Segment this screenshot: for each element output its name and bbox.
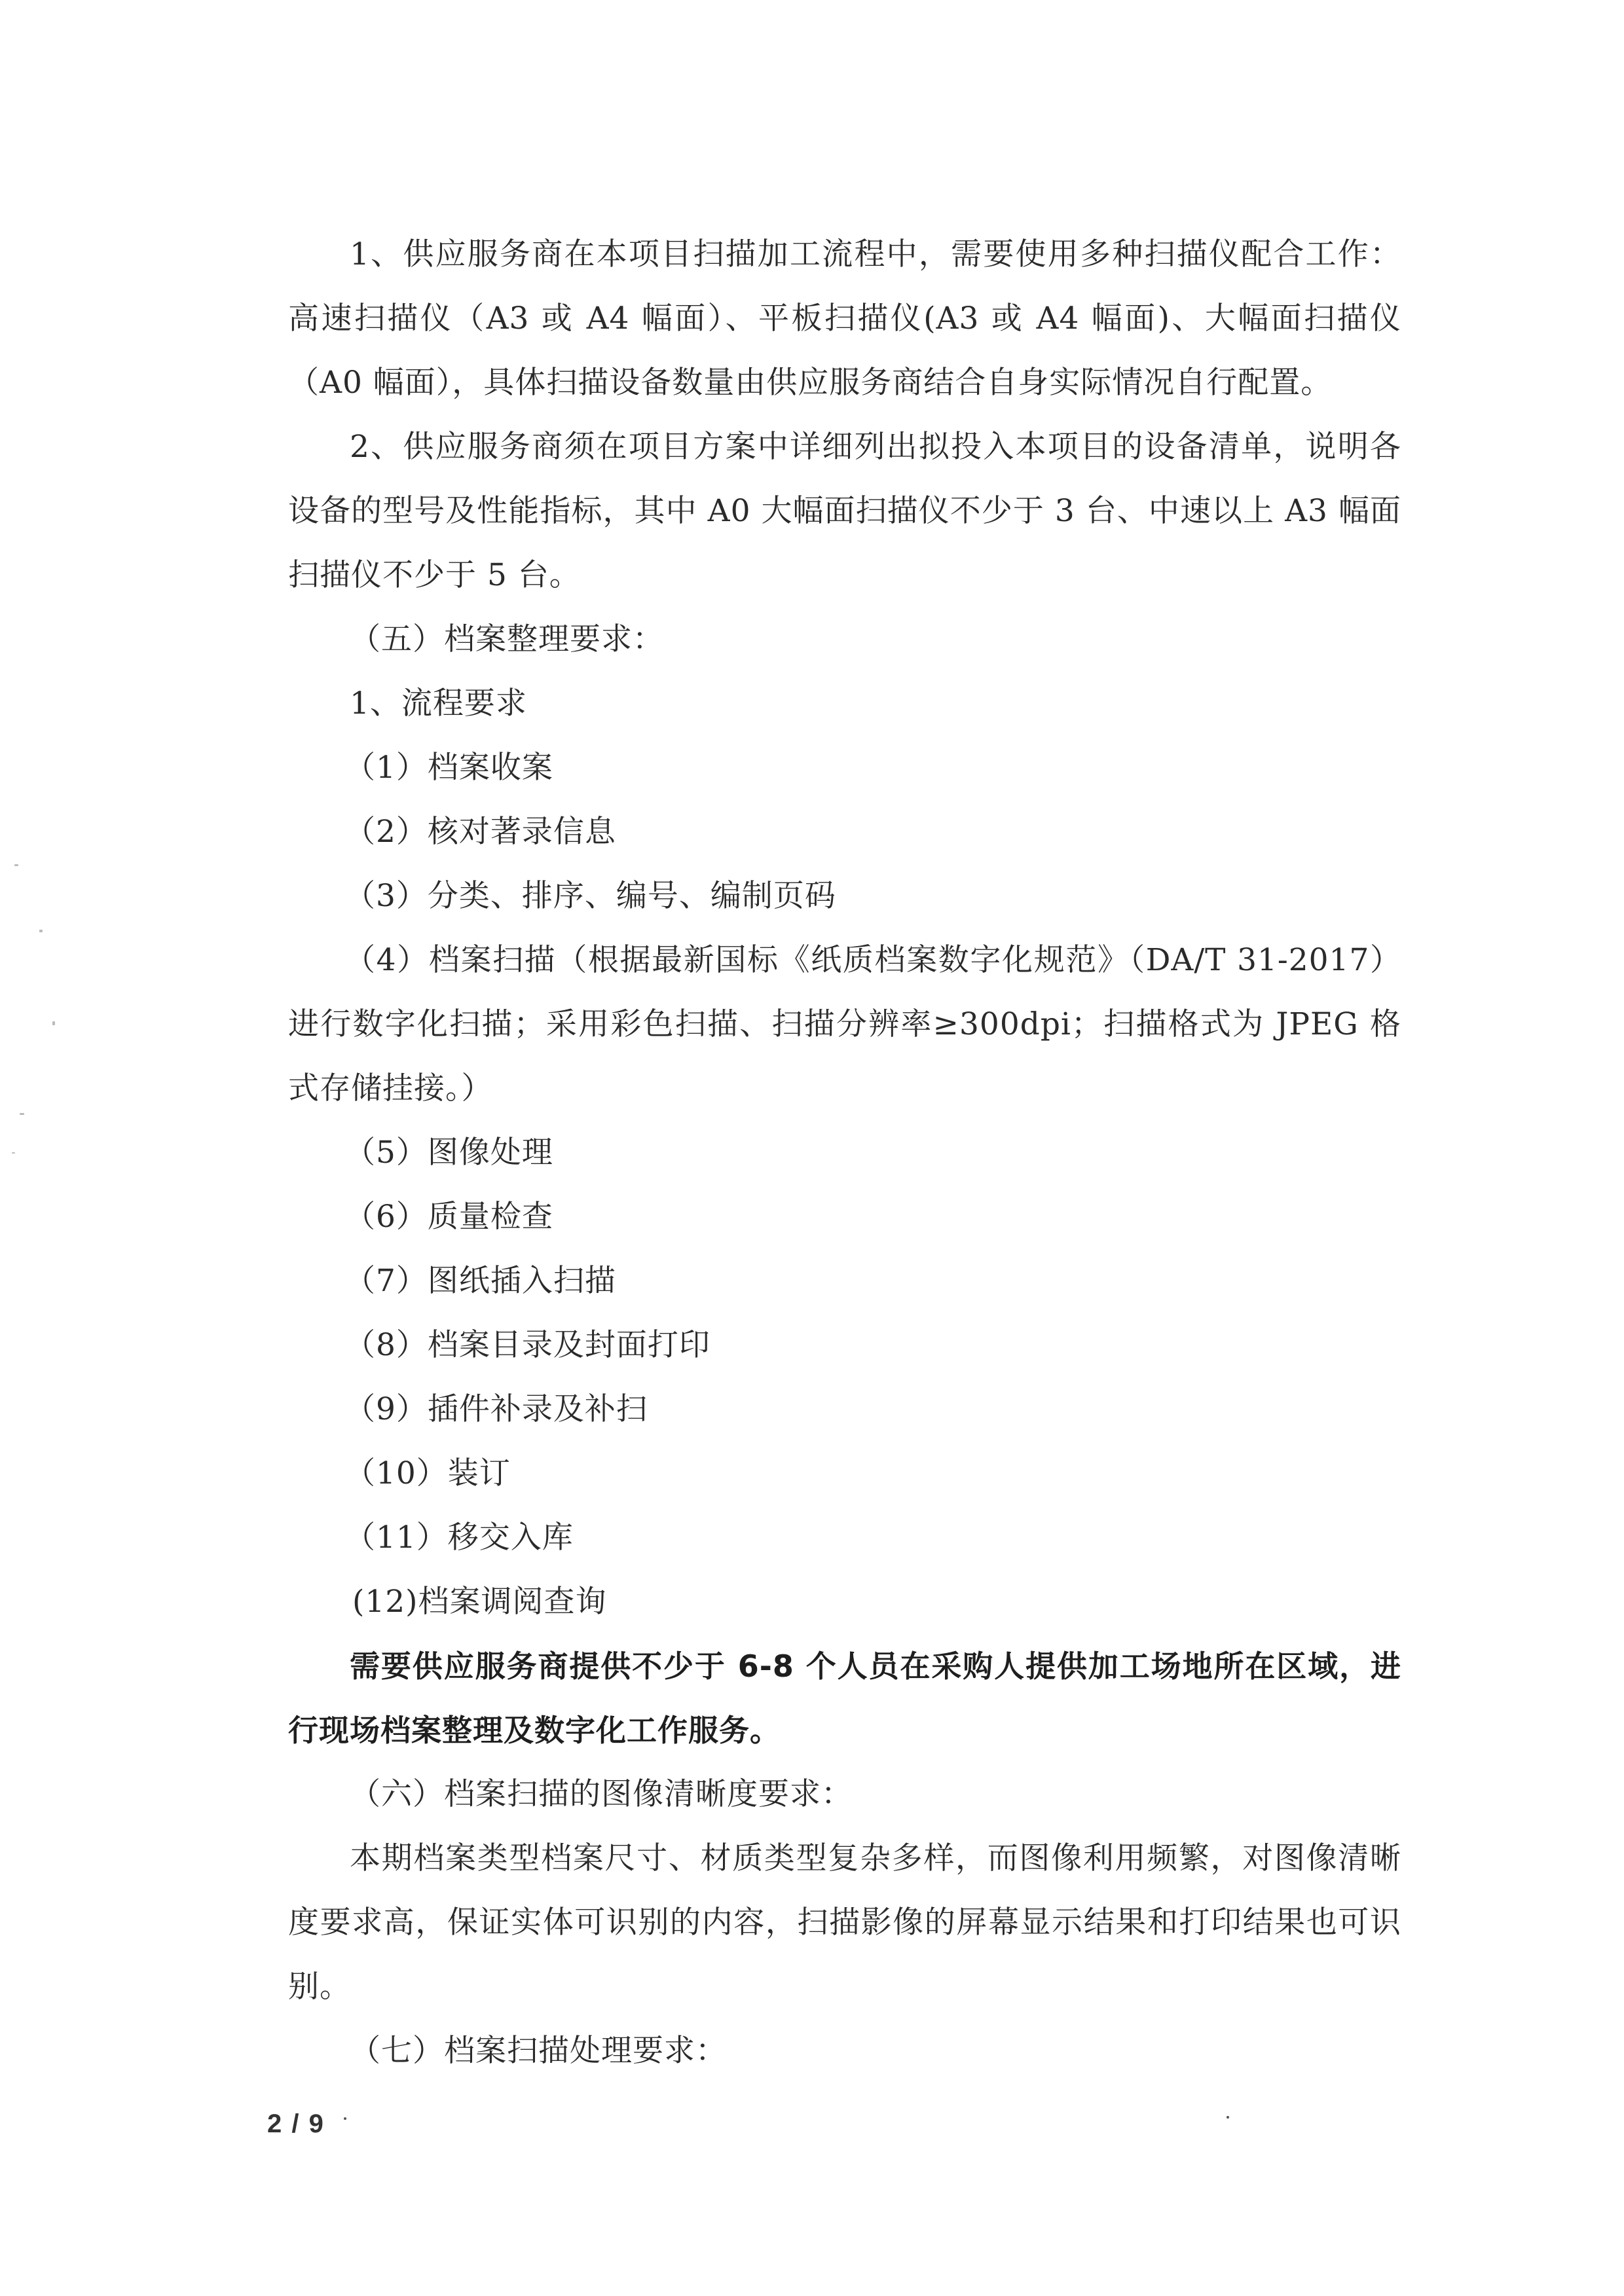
section-heading-six: （六）档案扫描的图像清晰度要求： xyxy=(288,1762,1401,1827)
list-item: （8）档案目录及封面打印 xyxy=(288,1313,1401,1377)
list-item: （9）插件补录及补扫 xyxy=(288,1377,1401,1442)
scan-speck xyxy=(39,930,43,932)
list-item: （2）核对著录信息 xyxy=(288,800,1401,864)
scan-speck xyxy=(14,864,18,866)
document-page: 1、供应服务商在本项目扫描加工流程中，需要使用多种扫描仪配合工作：高速扫描仪（A… xyxy=(288,223,1401,2083)
scan-speck xyxy=(344,2117,346,2120)
section-heading-seven: （七）档案扫描处理要求： xyxy=(288,2019,1401,2083)
list-item: (12)档案调阅查询 xyxy=(288,1570,1401,1634)
list-item: （10）装订 xyxy=(288,1442,1401,1506)
list-item: （4）档案扫描（根据最新国标《纸质档案数字化规范》（DA/T 31-2017）进… xyxy=(288,928,1401,1121)
scan-speck xyxy=(20,1113,24,1115)
page-number: 2 / 9 xyxy=(267,2109,325,2139)
scan-speck xyxy=(12,1152,15,1154)
scan-speck xyxy=(52,1021,55,1025)
section-heading-five: （五）档案整理要求： xyxy=(288,608,1401,672)
list-item: （3）分类、排序、编号、编制页码 xyxy=(288,864,1401,928)
list-item: （5）图像处理 xyxy=(288,1121,1401,1185)
subheading-process: 1、流程要求 xyxy=(288,672,1401,736)
list-item: （7）图纸插入扫描 xyxy=(288,1249,1401,1313)
process-list: （1）档案收案 （2）核对著录信息 （3）分类、排序、编号、编制页码 （4）档案… xyxy=(288,736,1401,1634)
list-item: （1）档案收案 xyxy=(288,736,1401,800)
paragraph-image-clarity: 本期档案类型档案尺寸、材质类型复杂多样，而图像利用频繁，对图像清晰度要求高，保证… xyxy=(288,1827,1401,2019)
scan-speck xyxy=(1227,2116,1229,2119)
list-item: （11）移交入库 xyxy=(288,1506,1401,1570)
list-item: （6）质量检查 xyxy=(288,1185,1401,1249)
paragraph-equipment-list: 2、供应服务商须在项目方案中详细列出拟投入本项目的设备清单，说明各设备的型号及性… xyxy=(288,415,1401,608)
staffing-requirement-note: 需要供应服务商提供不少于 6-8 个人员在采购人提供加工场地所在区域，进行现场档… xyxy=(288,1634,1401,1762)
paragraph-scanner-types: 1、供应服务商在本项目扫描加工流程中，需要使用多种扫描仪配合工作：高速扫描仪（A… xyxy=(288,223,1401,415)
